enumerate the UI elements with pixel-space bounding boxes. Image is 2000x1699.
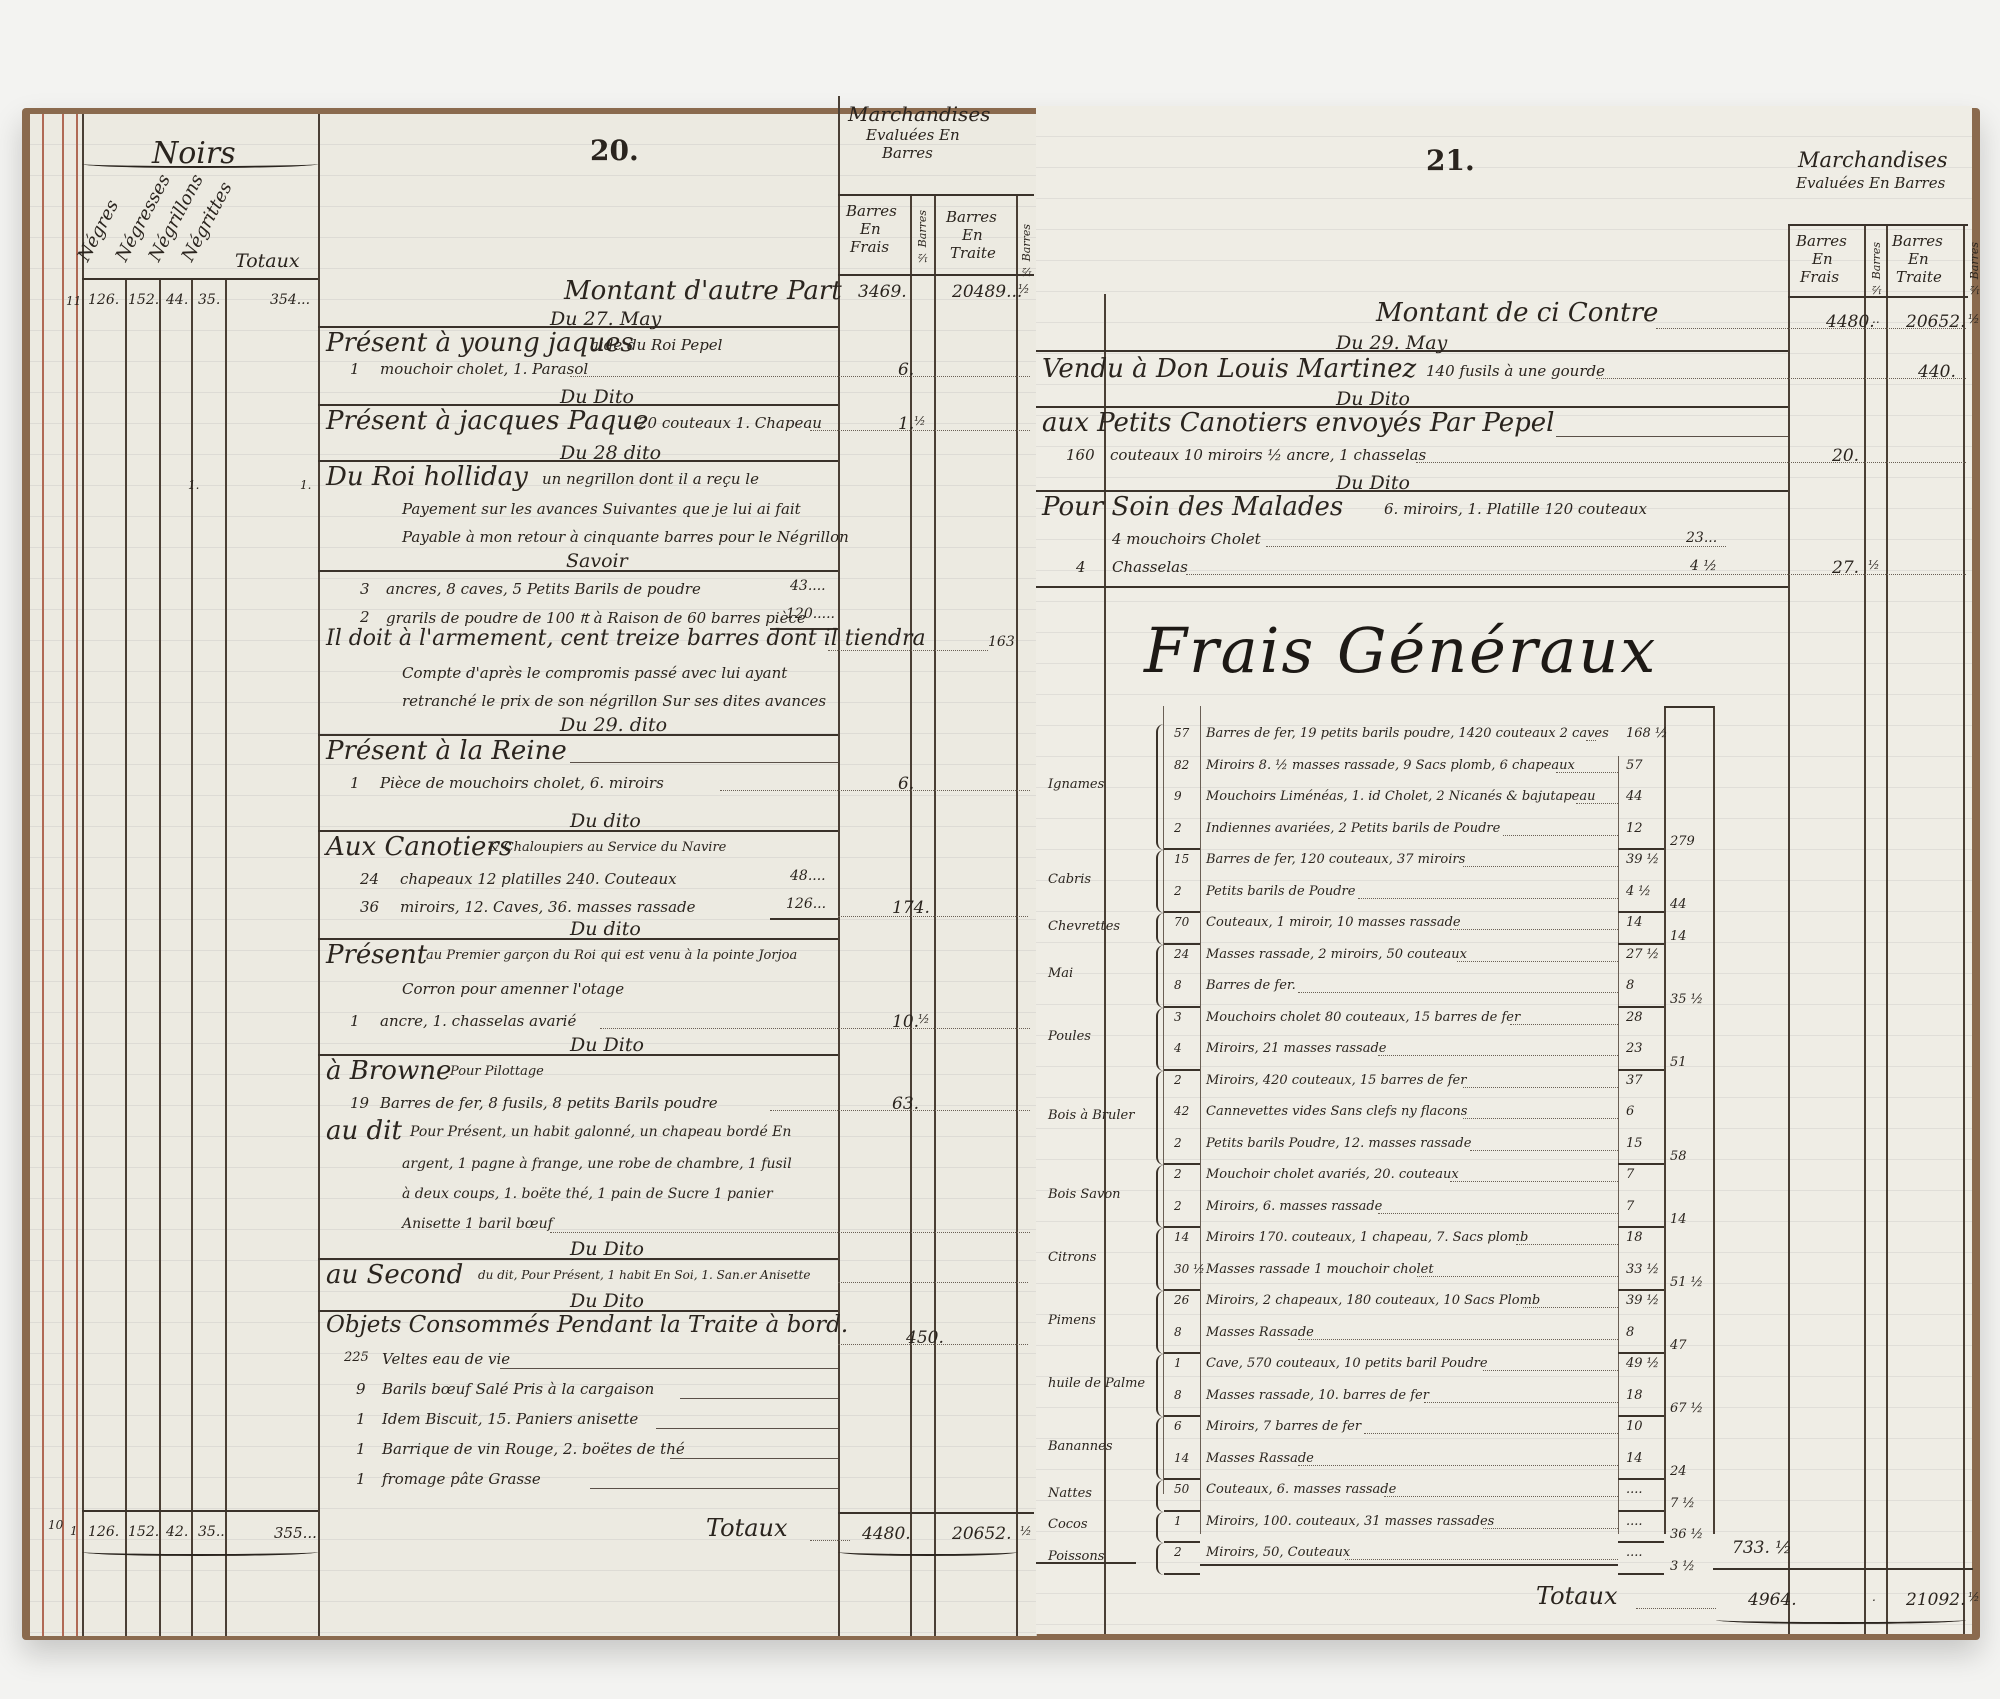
category-label: Nattes <box>1048 1486 1092 1501</box>
row-qty: 24 <box>1174 947 1189 961</box>
row-description: Couteaux, 1 miroir, 10 masses rassade <box>1206 915 1461 930</box>
row-qty: 14 <box>1174 1230 1189 1244</box>
row-amount: 4 ½ <box>1626 884 1651 899</box>
row-description: Miroirs, 50, Couteaux <box>1206 1545 1350 1560</box>
entry-title: Présent à la Reine <box>326 736 567 766</box>
row-description: Masses rassade, 2 miroirs, 50 couteaux <box>1206 947 1467 962</box>
montant-autre-part: Montant d'autre Part <box>564 276 842 306</box>
entry-title: à Browne <box>326 1056 451 1086</box>
row-amount: 18 <box>1626 1388 1643 1403</box>
category-label: Cabris <box>1048 872 1091 887</box>
entry-title: Présent à jacques Paque <box>326 406 648 436</box>
row-description: Indiennes avariées, 2 Petits barils de P… <box>1206 821 1500 836</box>
row-description: Masses Rassade <box>1206 1451 1314 1466</box>
negres-carried: 126. <box>88 292 119 308</box>
row-qty: 1 <box>1174 1356 1182 1370</box>
row-amount: 14 <box>1626 1451 1643 1466</box>
entry-title: Du Roi holliday <box>326 462 528 492</box>
row-qty: 2 <box>1174 821 1182 835</box>
row-amount: 28 <box>1626 1010 1643 1025</box>
category-subtotal: 51 ½ <box>1670 1275 1703 1290</box>
row-qty: 30 ½ <box>1174 1262 1205 1276</box>
row-description: Mouchoir cholet avariés, 20. couteaux <box>1206 1167 1459 1182</box>
page-number: 21. <box>1426 144 1475 177</box>
row-amount: 27 ½ <box>1626 947 1659 962</box>
row-description: Miroirs, 6. masses rassade <box>1206 1199 1382 1214</box>
row-qty: 3 <box>1174 1010 1182 1024</box>
row-amount: 8 <box>1626 1325 1634 1340</box>
row-description: Miroirs 8. ½ masses rassade, 9 Sacs plom… <box>1206 758 1575 773</box>
row-description: Mouchoirs Liménéas, 1. id Cholet, 2 Nica… <box>1206 789 1596 804</box>
category-label: Cocos <box>1048 1517 1088 1532</box>
totaux-total: 355... <box>274 1524 317 1542</box>
negres-total: 126. <box>88 1524 119 1540</box>
row-description: Petits barils Poudre, 12. masses rassade <box>1206 1136 1471 1151</box>
row-amount: 7 <box>1626 1199 1634 1214</box>
total-traite: 21092. <box>1906 1590 1965 1610</box>
category-subtotal: 58 <box>1670 1149 1687 1164</box>
category-label: Poules <box>1048 1029 1091 1044</box>
row-amount: .... <box>1626 1545 1643 1560</box>
row-amount: .... <box>1626 1482 1643 1497</box>
row-amount: 14 <box>1626 915 1643 930</box>
margin-line <box>62 114 64 1636</box>
row-qty: 57 <box>1174 726 1189 740</box>
row-qty: 9 <box>1174 789 1182 803</box>
row-qty: 2 <box>1174 1136 1182 1150</box>
col-totaux: Totaux <box>235 250 300 272</box>
row-amount: 8 <box>1626 978 1634 993</box>
row-description: Miroirs 170. couteaux, 1 chapeau, 7. Sac… <box>1206 1230 1528 1245</box>
entry-title: aux Petits Canotiers envoyés Par Pepel <box>1042 408 1554 438</box>
row-qty: 82 <box>1174 758 1189 772</box>
negresses-total: 152. <box>128 1524 159 1540</box>
entry-title: Présent <box>326 940 427 970</box>
category-subtotal: 36 ½ <box>1670 1527 1703 1542</box>
row-description: Masses rassade, 10. barres de fer <box>1206 1388 1429 1403</box>
row-qty: 1 <box>1174 1514 1182 1528</box>
row-description: Miroirs, 2 chapeaux, 180 couteaux, 10 Sa… <box>1206 1293 1540 1308</box>
row-description: Miroirs, 100. couteaux, 31 masses rassad… <box>1206 1514 1494 1529</box>
row-description: Masses Rassade <box>1206 1325 1314 1340</box>
category-subtotal: 14 <box>1670 1212 1687 1227</box>
negrillons-total: 42. <box>166 1524 188 1540</box>
row-description: Miroirs, 420 couteaux, 15 barres de fer <box>1206 1073 1466 1088</box>
row-description: Masses rassade 1 mouchoir cholet <box>1206 1262 1434 1277</box>
row-qty: 42 <box>1174 1104 1189 1118</box>
negrittes-carried: 35. <box>198 292 220 308</box>
negrillons-carried: 44. <box>166 292 188 308</box>
row-qty: 2 <box>1174 1545 1182 1559</box>
row-qty: 2 <box>1174 1199 1182 1213</box>
margin-line <box>42 114 44 1636</box>
row-qty: 6 <box>1174 1419 1182 1433</box>
montant-ci-contre: Montant de ci Contre <box>1376 298 1658 328</box>
category-label: Banannes <box>1048 1439 1113 1454</box>
row-amount: 39 ½ <box>1626 852 1659 867</box>
category-subtotal: 24 <box>1670 1464 1687 1479</box>
row-description: Cannevettes vides Sans clefs ny flacons <box>1206 1104 1467 1119</box>
left-page: Noirs Négres Négresses Négrillons Négrit… <box>30 114 1037 1636</box>
right-page: 21. Marchandises Evaluées En Barres Barr… <box>1036 106 1972 1634</box>
category-subtotal: 51 <box>1670 1055 1687 1070</box>
row-qty: 50 <box>1174 1482 1189 1496</box>
row-amount: 6 <box>1626 1104 1634 1119</box>
row-description: Cave, 570 couteaux, 10 petits baril Poud… <box>1206 1356 1488 1371</box>
category-subtotal: 7 ½ <box>1670 1496 1695 1511</box>
row-qty: 4 <box>1174 1041 1182 1055</box>
row-description: Barres de fer, 19 petits barils poudre, … <box>1206 726 1609 741</box>
row-description: Barres de fer. <box>1206 978 1296 993</box>
frais-generaux-total: 733. ½ <box>1732 1538 1792 1558</box>
entry-title: Vendu à Don Louis Martinez <box>1042 354 1416 384</box>
row-amount: 10 <box>1626 1419 1643 1434</box>
category-label: Bois à Bruler <box>1048 1108 1134 1123</box>
row-description: Mouchoirs cholet 80 couteaux, 15 barres … <box>1206 1010 1520 1025</box>
entry-title: Aux Canotiers <box>326 832 512 862</box>
category-label: Bois Savon <box>1048 1187 1121 1202</box>
category-label: Citrons <box>1048 1250 1096 1265</box>
row-description: Miroirs, 21 masses rassade <box>1206 1041 1386 1056</box>
row-description: Miroirs, 7 barres de fer <box>1206 1419 1361 1434</box>
totals-label: Totaux <box>706 1514 788 1542</box>
row-qty: 2 <box>1174 1073 1182 1087</box>
category-subtotal: 67 ½ <box>1670 1401 1703 1416</box>
category-subtotal: 44 <box>1670 897 1687 912</box>
category-label: Mai <box>1048 966 1073 981</box>
row-amount: 12 <box>1626 821 1643 836</box>
row-amount: 168 ½ <box>1626 726 1668 741</box>
row-amount: 37 <box>1626 1073 1643 1088</box>
total-traite: 20652. <box>952 1524 1011 1544</box>
entry-title: Objets Consommés Pendant la Traite à bor… <box>326 1312 848 1338</box>
row-amount: 33 ½ <box>1626 1262 1659 1277</box>
row-description: Couteaux, 6. masses rassade <box>1206 1482 1396 1497</box>
category-label: Ignames <box>1048 777 1104 792</box>
row-amount: 23 <box>1626 1041 1643 1056</box>
row-amount: 15 <box>1626 1136 1643 1151</box>
category-subtotal: 279 <box>1670 834 1695 849</box>
row-amount: 7 <box>1626 1167 1634 1182</box>
total-frais: 4480. <box>862 1524 911 1544</box>
entry-title: Pour Soin des Malades <box>1042 492 1343 522</box>
entry-title: Il doit à l'armement, cent treize barres… <box>326 626 926 651</box>
row-amount: 39 ½ <box>1626 1293 1659 1308</box>
entry-title: au Second <box>326 1260 463 1290</box>
total-frais: 4964. <box>1748 1590 1797 1610</box>
category-subtotal: 3 ½ <box>1670 1559 1695 1574</box>
category-label: Pimens <box>1048 1313 1096 1328</box>
category-subtotal: 14 <box>1670 929 1687 944</box>
category-subtotal: 47 <box>1670 1338 1687 1353</box>
totaux-carried: 354... <box>270 292 310 308</box>
row-qty: 2 <box>1174 884 1182 898</box>
row-qty: 26 <box>1174 1293 1189 1307</box>
negrittes-total: 35.. <box>198 1524 225 1540</box>
row-description: Petits barils de Poudre <box>1206 884 1355 899</box>
negresses-carried: 152. <box>128 292 159 308</box>
section-title: Frais Généraux <box>1144 614 1657 687</box>
row-amount: 44 <box>1626 789 1643 804</box>
row-qty: 15 <box>1174 852 1189 866</box>
row-qty: 14 <box>1174 1451 1189 1465</box>
totals-label: Totaux <box>1536 1582 1618 1610</box>
row-qty: 2 <box>1174 1167 1182 1181</box>
category-label: huile de Palme <box>1048 1376 1145 1391</box>
row-amount: 57 <box>1626 758 1643 773</box>
ledger-book: Noirs Négres Négresses Négrillons Négrit… <box>22 108 1980 1640</box>
page-number: 20. <box>590 134 639 167</box>
row-description: Barres de fer, 120 couteaux, 37 miroirs <box>1206 852 1465 867</box>
category-subtotal: 35 ½ <box>1670 992 1703 1007</box>
row-qty: 8 <box>1174 1388 1182 1402</box>
entry-title: Présent à young jaques <box>326 328 634 358</box>
category-label: Chevrettes <box>1048 919 1120 934</box>
row-qty: 70 <box>1174 915 1189 929</box>
row-amount: .... <box>1626 1514 1643 1529</box>
row-amount: 49 ½ <box>1626 1356 1659 1371</box>
row-qty: 8 <box>1174 1325 1182 1339</box>
row-amount: 18 <box>1626 1230 1643 1245</box>
entry-title: au dit <box>326 1116 402 1146</box>
row-qty: 8 <box>1174 978 1182 992</box>
margin-line <box>76 114 78 1636</box>
